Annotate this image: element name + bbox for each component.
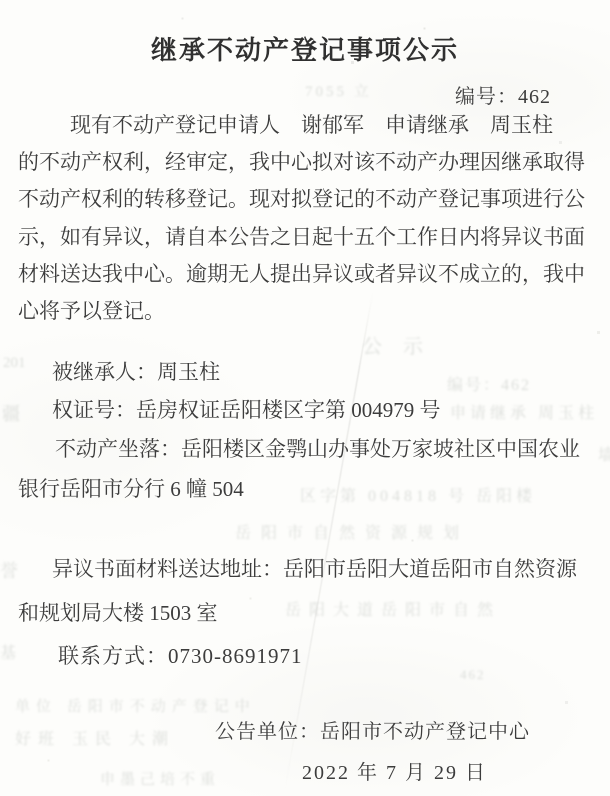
bleedthrough-text: 7055 立 bbox=[305, 80, 372, 101]
scan-noise bbox=[0, 0, 1, 1]
objection-address-line-1: 异议书面材料送达地址：岳阳市岳阳大道岳阳市自然资源 bbox=[52, 558, 577, 581]
paragraph-line: 示，如有异议，请自本公告之日起十五个工作日内将异议书面 bbox=[18, 226, 585, 249]
certificate-number-line: 权证号：岳房权证岳阳楼区字第 004979 号 bbox=[52, 399, 441, 422]
bleedthrough-text: 公 示 bbox=[362, 330, 431, 359]
bleedthrough-text: 462 bbox=[460, 667, 486, 683]
document-number: 编号：462 bbox=[455, 80, 551, 109]
bleedthrough-text: 好班 玉民 大潮 bbox=[15, 726, 175, 749]
document-title: 继承不动产登记事项公示 bbox=[0, 30, 610, 67]
notice-document-page: 7055 立 公 示 编号：462 申请继承 周玉柱 区字第 004818 号 … bbox=[0, 0, 610, 796]
bleedthrough-text: 申墨己培不重 bbox=[100, 768, 220, 789]
decedent-line: 被继承人：周玉柱 bbox=[52, 361, 220, 384]
objection-address-line-2: 和规划局大楼 1503 室 bbox=[18, 602, 218, 625]
bleedthrough-text: 基 bbox=[0, 640, 16, 663]
document-number-value: 462 bbox=[518, 86, 551, 108]
bleedthrough-text: 岳阳大道岳阳市自然 bbox=[285, 597, 501, 620]
paragraph-line: 的不动产权利，经审定，我中心拟对该不动产办理因继承取得 bbox=[18, 151, 585, 174]
bleedthrough-text: 疆 bbox=[2, 400, 20, 426]
document-number-label: 编号： bbox=[455, 86, 518, 108]
bleedthrough-text: 区字第 004818 号 岳阳楼 bbox=[300, 483, 536, 506]
bleedthrough-text: 编号：462 bbox=[447, 372, 531, 395]
issuing-unit-line: 公告单位：岳阳市不动产登记中心 bbox=[215, 721, 530, 743]
bleedthrough-text: 申请继承 周玉柱 bbox=[450, 400, 598, 423]
bleedthrough-text: 岳阳市自然资源规划 bbox=[235, 520, 469, 543]
contact-line: 联系方式：0730-8691971 bbox=[58, 645, 303, 668]
paragraph-line-applicant: 现有不动产登记申请人 谢郁军 申请继承 周玉柱 bbox=[70, 114, 553, 137]
paragraph-line: 材料送达我中心。逾期无人提出异议或者异议不成立的，我中 bbox=[18, 263, 585, 286]
paragraph-line: 心将予以登记。 bbox=[18, 300, 165, 323]
paragraph-line: 不动产权利的转移登记。现对拟登记的不动产登记事项进行公 bbox=[18, 188, 585, 211]
date-line: 2022 年 7 月 29 日 bbox=[302, 762, 487, 784]
bleedthrough-text: 誉 bbox=[0, 557, 18, 583]
property-location-line-1: 不动产坐落：岳阳楼区金鹗山办事处万家坡社区中国农业 bbox=[55, 438, 580, 461]
bleedthrough-text: 201 bbox=[3, 355, 26, 372]
property-location-line-2: 银行岳阳市分行 6 幢 504 bbox=[18, 478, 244, 501]
bleedthrough-text: 单位 岳阳市不动产登记中 bbox=[15, 695, 256, 716]
bleedthrough-text: 墙 bbox=[598, 442, 610, 465]
